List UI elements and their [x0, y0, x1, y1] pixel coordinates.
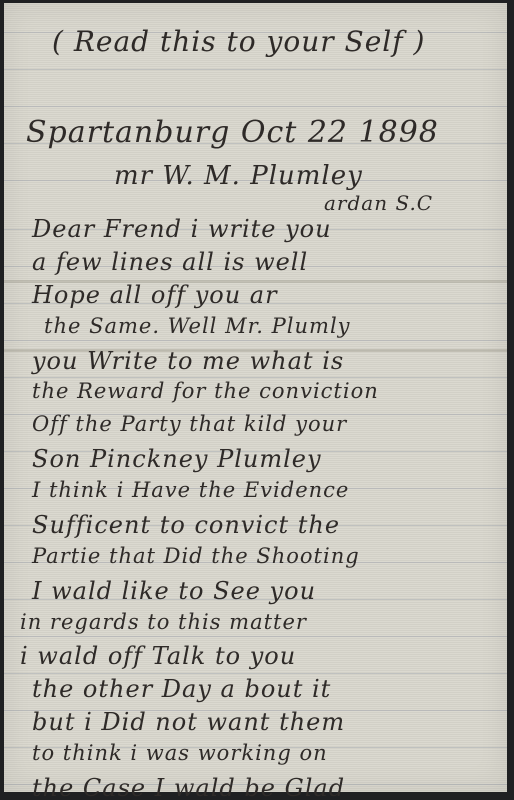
body-line: Dear Frend i write you — [32, 215, 332, 243]
body-line: Sufficent to convict the — [32, 511, 340, 539]
body-line: I wald like to See you — [32, 577, 316, 605]
body-line: Partie that Did the Shooting — [32, 544, 360, 568]
body-line: Hope all off you ar — [32, 281, 278, 309]
recipient-name: mr W. M. Plumley — [114, 161, 363, 191]
body-line: the Same. Well Mr. Plumly — [44, 314, 351, 338]
body-line: Off the Party that kild your — [32, 412, 347, 436]
body-line: in regards to this matter — [20, 610, 307, 634]
recipient-location: ardan S.C — [324, 191, 433, 215]
body-line: I think i Have the Evidence — [32, 478, 349, 502]
letter-page: ( Read this to your Self ) Spartanburg O… — [4, 3, 507, 792]
body-line: Son Pinckney Plumley — [32, 445, 322, 473]
body-line: the Reward for the conviction — [32, 379, 379, 403]
body-line: to think i was working on — [32, 741, 328, 765]
body-line: a few lines all is well — [32, 248, 308, 276]
body-line: i wald off Talk to you — [20, 642, 296, 670]
body-line: you Write to me what is — [32, 347, 344, 375]
place-date: Spartanburg Oct 22 1898 — [26, 115, 439, 150]
body-line: but i Did not want them — [32, 708, 345, 736]
header-note: ( Read this to your Self ) — [52, 25, 425, 58]
body-line: the Case I wald be Glad — [32, 774, 345, 800]
body-line: the other Day a bout it — [32, 675, 331, 703]
